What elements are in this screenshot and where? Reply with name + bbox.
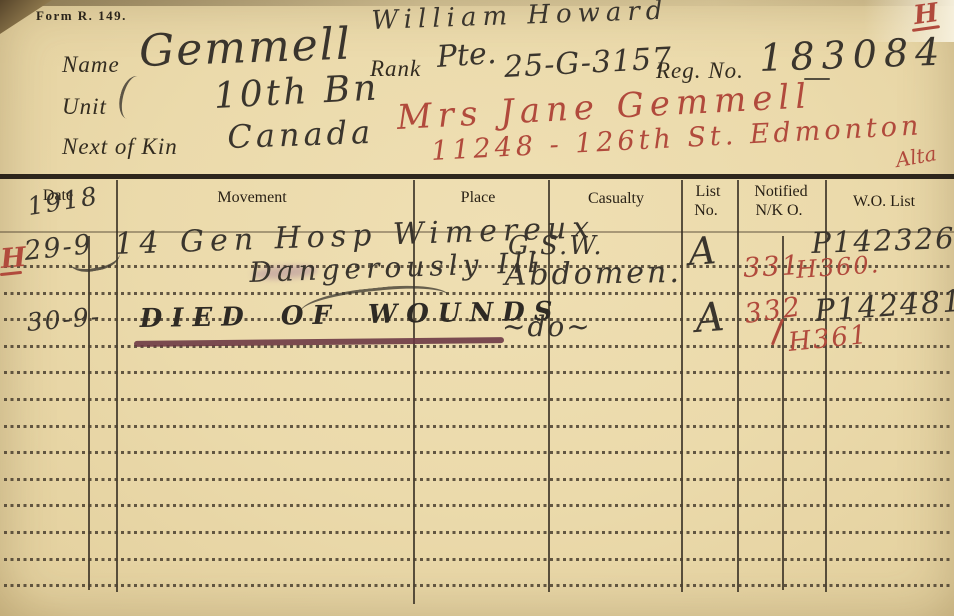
- row2-notified-red: 332: [743, 291, 804, 330]
- dotted-rule: [4, 531, 950, 534]
- dotted-rule: [4, 451, 950, 454]
- draft-number-handwritten: 25-G-3157: [503, 41, 673, 85]
- dotted-rule: [4, 425, 950, 428]
- dotted-rule: [4, 398, 950, 401]
- next-of-kin-handwritten: Canada: [227, 113, 375, 156]
- rank-handwritten: Pte.: [436, 36, 498, 75]
- header-notified: N/K O.: [755, 202, 802, 220]
- header-casualty: Casualty: [588, 190, 644, 208]
- dotted-rule: [4, 371, 950, 374]
- dotted-rule: [4, 478, 950, 481]
- header-place: Place: [461, 189, 496, 207]
- header-notified: Notified: [754, 183, 807, 201]
- record-card: Form R. 149. H William Howard Name Gemme…: [0, 0, 954, 616]
- column-rule: [88, 236, 90, 590]
- row2-wo-list-red: H361: [787, 320, 870, 358]
- dotted-rule: [4, 292, 950, 295]
- next-of-kin-label: Next of Kin: [62, 134, 178, 160]
- name-label: Name: [62, 52, 120, 78]
- table-top-rule: [0, 174, 954, 179]
- nok-province-red: Alta: [894, 141, 938, 172]
- row2-date: 30-9-: [25, 302, 102, 337]
- given-names-handwritten: William Howard: [371, 0, 669, 36]
- row1-wo-list-red: H360.: [795, 250, 881, 284]
- reg-no-handwritten: 183084: [758, 29, 946, 80]
- header-movement: Movement: [217, 189, 286, 207]
- header-list-no: List: [696, 183, 721, 201]
- year-handwritten: 1918: [25, 181, 100, 221]
- header-list-no: No.: [694, 202, 718, 220]
- form-number: Form R. 149.: [36, 8, 127, 24]
- unit-handwritten: 10th Bn: [213, 67, 380, 117]
- row2-casualty-ditto: ~do~: [502, 310, 592, 343]
- dotted-rule: [4, 558, 950, 561]
- dotted-rule: [4, 584, 950, 587]
- header-wo-list: W.O. List: [853, 193, 915, 211]
- row2-list-no: A: [694, 294, 726, 342]
- dotted-rule: [4, 504, 950, 507]
- pen-flourish: [115, 73, 152, 122]
- row1-notified-red: 331: [742, 250, 801, 284]
- row1-casualty-line2: Abdomen.: [504, 255, 682, 293]
- row1-list-no: A: [687, 228, 717, 274]
- unit-label: Unit: [62, 94, 107, 120]
- column-rule: [782, 236, 784, 590]
- surname-handwritten: Gemmell: [138, 19, 352, 77]
- row2-movement: DIED OF WOUNDS: [139, 297, 561, 334]
